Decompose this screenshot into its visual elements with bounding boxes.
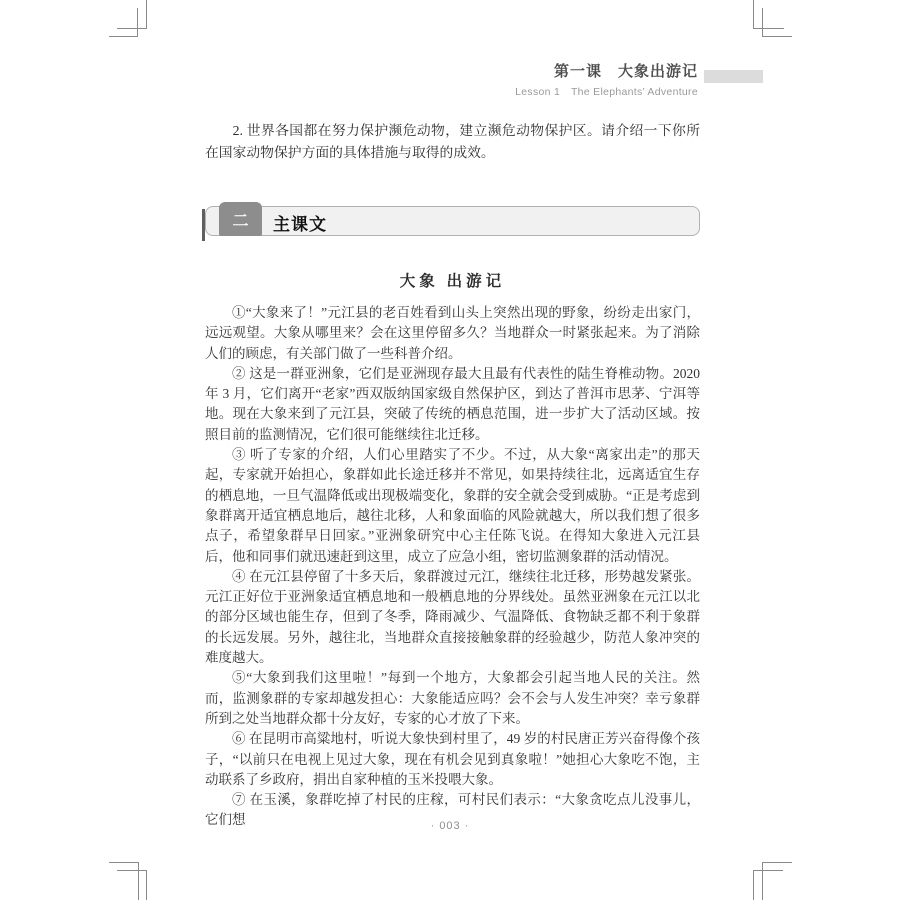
page-number: · 003 · [0,820,900,832]
exercise-question-2: 2. 世界各国都在努力保护濒危动物，建立濒危动物保护区。请介绍一下你所在国家动物… [205,120,700,163]
article-paragraph-3: ③ 听了专家的介绍，人们心里踏实了不少。不过，从大象“离家出走”的那天起，专家就… [205,445,700,567]
crop-mark-top-left-inner [109,8,138,37]
article-paragraph-4: ④ 在元江县停留了十多天后，象群渡过元江，继续往北迁移，形势越发紧张。元江正好位… [205,567,700,668]
article-paragraph-6: ⑥ 在昆明市高粱地村，听说大象快到村里了，49 岁的村民唐正芳兴奋得像个孩子，“… [205,729,700,790]
article-title: 大象 出游记 [205,269,700,291]
content-column: 2. 世界各国都在努力保护濒危动物，建立濒危动物保护区。请介绍一下你所在国家动物… [205,0,700,831]
section-title: 主课文 [273,210,327,235]
article-paragraph-1: ①“大象来了！”元江县的老百姓看到山头上突然出现的野象，纷纷走出家门，远远观望。… [205,303,700,364]
textbook-page: 第一课 大象出游记 Lesson 1 The Elephants’ Advent… [0,0,900,900]
crop-mark-top-right-inner [762,8,792,37]
article-paragraph-5: ⑤“大象到我们这里啦！”每到一个地方，大象都会引起当地人民的关注。然而，监测象群… [205,668,700,729]
section-number-tab: 二 [219,202,262,236]
header-decor-bar [704,70,763,83]
article-body: ①“大象来了！”元江县的老百姓看到山头上突然出现的野象，纷纷走出家门，远远观望。… [205,303,700,831]
section-banner: 二 主课文 [205,203,700,236]
crop-mark-bottom-right-inner [753,870,783,900]
crop-mark-bottom-left-inner [117,870,147,900]
article-paragraph-2: ② 这是一群亚洲象，它们是亚洲现存最大且最有代表性的陆生脊椎动物。2020 年 … [205,364,700,445]
